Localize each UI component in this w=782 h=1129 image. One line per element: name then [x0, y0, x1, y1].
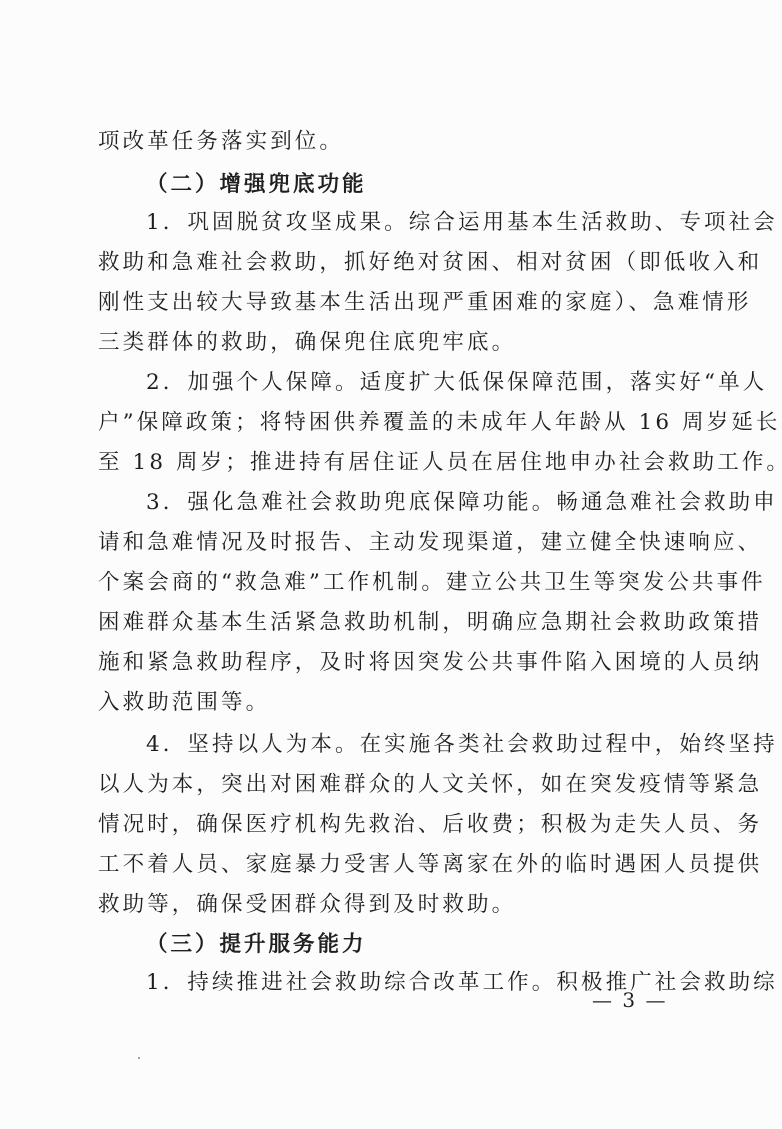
- page-number: — 3 —: [592, 988, 667, 1012]
- document-page: 项改革任务落实到位。 （二）增强兜底功能 1．巩固脱贫攻坚成果。综合运用基本生活…: [0, 0, 782, 1129]
- body-line: 情况时，确保医疗机构先救治、后收费；积极为走失人员、务: [98, 810, 684, 840]
- body-line: 施和紧急救助程序，及时将因突发公共事件陷入困境的人员纳: [98, 648, 684, 678]
- body-line: 至 18 周岁；推进持有居住证人员在居住地申办社会救助工作。: [98, 448, 684, 478]
- body-line: 1．巩固脱贫攻坚成果。综合运用基本生活救助、专项社会: [146, 208, 684, 238]
- body-line: 请和急难情况及时报告、主动发现渠道，建立健全快速响应、: [98, 528, 684, 558]
- body-line: 3．强化急难社会救助兜底保障功能。畅通急难社会救助申: [146, 488, 684, 518]
- body-line: 2．加强个人保障。适度扩大低保保障范围，落实好“单人: [146, 368, 684, 398]
- body-line: 个案会商的“救急难”工作机制。建立公共卫生等突发公共事件: [98, 568, 684, 598]
- section-heading-3: （三）提升服务能力: [146, 930, 367, 960]
- body-line: 工不着人员、家庭暴力受害人等离家在外的临时遇困人员提供: [98, 850, 684, 880]
- section-heading-2: （二）增强兜底功能: [146, 170, 367, 200]
- body-line: 入救助范围等。: [98, 688, 684, 718]
- body-line: 户”保障政策；将特困供养覆盖的未成年人年龄从 16 周岁延长: [98, 408, 684, 438]
- body-line: 以人为本，突出对困难群众的人文关怀，如在突发疫情等紧急: [98, 770, 684, 800]
- body-line: 4．坚持以人为本。在实施各类社会救助过程中，始终坚持: [146, 730, 684, 760]
- scan-speck: [138, 1057, 140, 1059]
- body-line: 项改革任务落实到位。: [98, 127, 684, 157]
- body-line: 刚性支出较大导致基本生活出现严重困难的家庭）、急难情形: [98, 288, 684, 318]
- body-line: 救助和急难社会救助，抓好绝对贫困、相对贫困（即低收入和: [98, 248, 684, 278]
- body-line: 困难群众基本生活紧急救助机制，明确应急期社会救助政策措: [98, 608, 684, 638]
- body-line: 三类群体的救助，确保兜住底兜牢底。: [98, 328, 684, 358]
- body-line: 救助等，确保受困群众得到及时救助。: [98, 890, 684, 920]
